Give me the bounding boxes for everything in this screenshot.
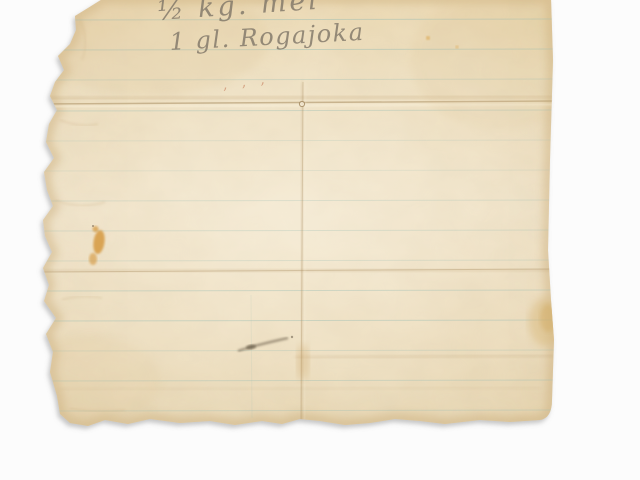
aging-blotch <box>20 335 160 425</box>
paper-surface: ½ kg. mel 1 gl. Rogajoka ’ ’ ’ <box>0 0 640 480</box>
scanned-paper-image: ½ kg. mel 1 gl. Rogajoka ’ ’ ’ <box>0 0 640 480</box>
right-edge-stain-core <box>540 304 556 332</box>
crease-stain <box>297 344 309 380</box>
scanner-bed: ½ kg. mel 1 gl. Rogajoka ’ ’ ’ <box>0 0 640 480</box>
orange-speck <box>426 36 430 40</box>
fold-hole <box>299 101 304 106</box>
orange-drip-stain-tail <box>89 253 97 265</box>
dark-speck <box>291 336 293 338</box>
dark-speck <box>92 225 94 227</box>
orange-speck <box>456 46 459 49</box>
